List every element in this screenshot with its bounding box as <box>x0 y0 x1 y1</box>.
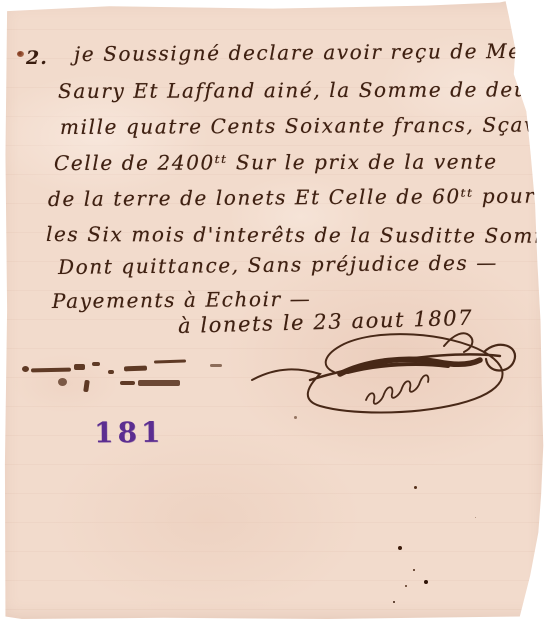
ink-spot <box>17 51 24 57</box>
handwritten-line-2: Saury Et Laffand ainé, la Somme de deux <box>58 77 541 103</box>
ink-blot <box>22 366 29 372</box>
ink-blot <box>92 362 100 366</box>
ink-blot <box>138 380 180 386</box>
ink-smudge <box>22 358 222 400</box>
handwritten-line-3: mille quatre Cents Soixante francs, Sçav… <box>60 112 546 139</box>
handwritten-line-8: Payements à Echoir — <box>52 287 311 313</box>
ink-blot <box>31 368 71 373</box>
paper-sheet: 2. je Soussigné declare avoir reçu de Me… <box>0 0 546 619</box>
paper-specks <box>414 486 417 489</box>
ink-blot <box>108 370 114 374</box>
ink-blot <box>124 366 147 372</box>
margin-number: 2. <box>26 47 48 69</box>
paper-specks <box>398 546 402 550</box>
handwritten-line-1: je Soussigné declare avoir reçu de Meurs <box>74 39 546 66</box>
archive-stamp-number: 181 <box>94 416 165 450</box>
handwritten-line-4: Celle de 2400ᵗᵗ Sur le prix de la vente <box>54 149 498 175</box>
ink-blot <box>210 364 222 367</box>
ink-blot <box>120 381 135 385</box>
scanned-document: 2. je Soussigné declare avoir reçu de Me… <box>0 0 546 619</box>
handwritten-line-7: Dont quittance, Sans préjudice des — <box>58 250 498 279</box>
ink-blot <box>154 359 186 363</box>
ink-blot <box>74 364 85 370</box>
handwritten-line-5: de la terre de lonets Et Celle de 60ᵗᵗ p… <box>48 184 536 211</box>
signature-flourish <box>248 322 540 418</box>
handwritten-line-6: les Six mois d'interêts de la Susditte S… <box>46 222 546 248</box>
ink-blot <box>58 378 67 386</box>
ink-blot <box>83 380 90 393</box>
